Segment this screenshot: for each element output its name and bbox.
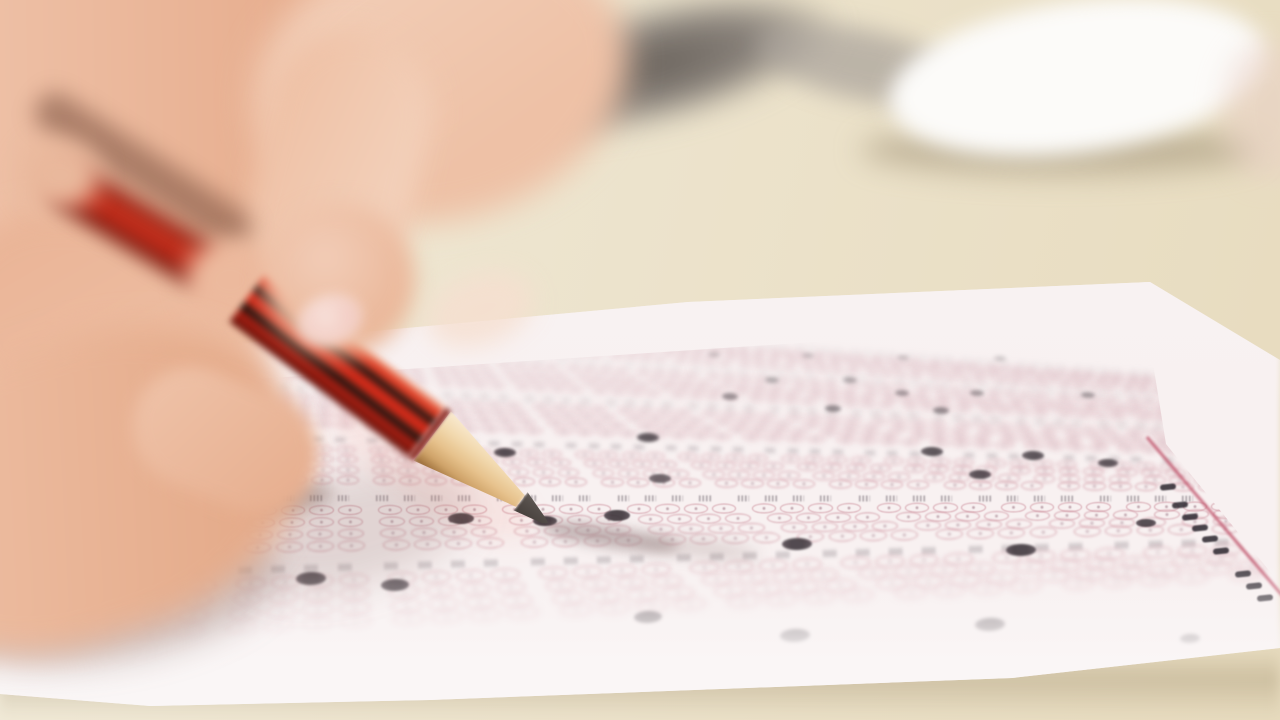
filled-bubble-mark (1098, 459, 1118, 467)
answer-bubble (410, 322, 422, 327)
filled-bubble-mark (604, 509, 630, 520)
filled-bubble-mark (921, 446, 943, 455)
filled-bubble-mark (649, 473, 671, 482)
filled-bubble-mark (637, 432, 659, 442)
filled-bubble-mark (1006, 544, 1036, 557)
edge-tick-number (1213, 547, 1230, 555)
filled-bubble-mark (1022, 450, 1044, 459)
question-number (407, 317, 412, 320)
filled-bubble-mark (969, 469, 991, 478)
photo-scene (0, 0, 1280, 720)
edge-tick-number (1172, 501, 1189, 509)
edge-tick-number (1160, 483, 1177, 491)
finger-web-cover (20, 140, 100, 210)
filled-bubble-mark (1136, 519, 1156, 527)
filled-bubble-mark (782, 538, 812, 551)
edge-tick-number (1192, 524, 1209, 532)
edge-tick-number (1182, 513, 1199, 521)
edge-tick-number (1202, 535, 1219, 543)
question-number (420, 318, 425, 321)
